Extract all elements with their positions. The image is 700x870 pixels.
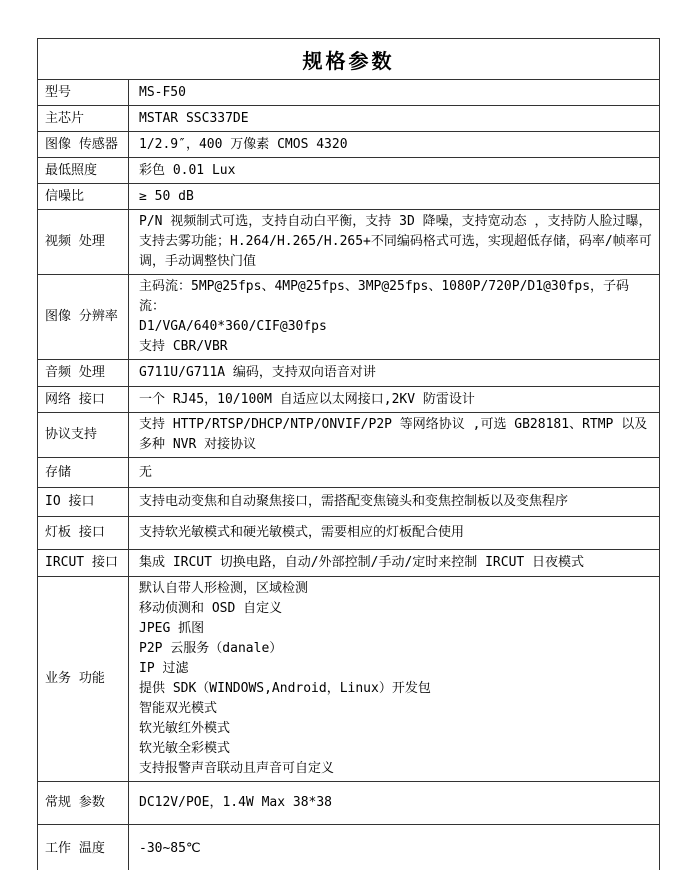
spec-value: 一个 RJ45，10/100M 自适应以太网接口,2KV 防雷设计 [129, 387, 659, 412]
spec-value: DC12V/POE，1.4W Max 38*38 [129, 782, 659, 824]
spec-row-snr: 信噪比 ≥ 50 dB [38, 183, 659, 209]
spec-value: 支持软光敏模式和硬光敏模式，需要相应的灯板配合使用 [129, 517, 659, 549]
page: 规格参数 型号 MS-F50 主芯片 MSTAR SSC337DE 图像 传感器… [0, 0, 700, 870]
spec-value: -30~85℃ [129, 825, 659, 870]
spec-value: 集成 IRCUT 切换电路，自动/外部控制/手动/定时来控制 IRCUT 日夜模… [129, 550, 659, 576]
spec-value: MSTAR SSC337DE [129, 106, 659, 131]
spec-label: 主芯片 [38, 106, 129, 131]
spec-label: 信噪比 [38, 184, 129, 209]
spec-row-min-illumination: 最低照度 彩色 0.01 Lux [38, 157, 659, 183]
spec-value: 支持 HTTP/RTSP/DHCP/NTP/ONVIF/P2P 等网络协议 ,可… [129, 413, 659, 457]
spec-label: 视频 处理 [38, 210, 129, 274]
spec-row-features: 业务 功能 默认自带人形检测，区域检测 移动侦测和 OSD 自定义 JPEG 抓… [38, 576, 659, 781]
spec-label: 网络 接口 [38, 387, 129, 412]
spec-value: 默认自带人形检测，区域检测 移动侦测和 OSD 自定义 JPEG 抓图 P2P … [129, 577, 659, 781]
spec-label: 协议支持 [38, 413, 129, 457]
spec-row-audio-processing: 音频 处理 G711U/G711A 编码，支持双向语音对讲 [38, 359, 659, 386]
spec-row-network-interface: 网络 接口 一个 RJ45，10/100M 自适应以太网接口,2KV 防雷设计 [38, 386, 659, 412]
spec-value: 1/2.9″，400 万像素 CMOS 4320 [129, 132, 659, 157]
spec-row-storage: 存储 无 [38, 457, 659, 487]
spec-value: P/N 视频制式可选，支持自动白平衡，支持 3D 降噪，支持宽动态 ，支持防人脸… [129, 210, 659, 274]
spec-table: 规格参数 型号 MS-F50 主芯片 MSTAR SSC337DE 图像 传感器… [37, 38, 660, 870]
spec-row-video-processing: 视频 处理 P/N 视频制式可选，支持自动白平衡，支持 3D 降噪，支持宽动态 … [38, 209, 659, 274]
table-title-row: 规格参数 [38, 39, 659, 79]
spec-label: 最低照度 [38, 158, 129, 183]
spec-row-main-chip: 主芯片 MSTAR SSC337DE [38, 105, 659, 131]
spec-label: 常规 参数 [38, 782, 129, 824]
spec-row-model: 型号 MS-F50 [38, 79, 659, 105]
spec-row-image-resolution: 图像 分辨率 主码流：5MP@25fps、4MP@25fps、3MP@25fps… [38, 274, 659, 359]
spec-row-image-sensor: 图像 传感器 1/2.9″，400 万像素 CMOS 4320 [38, 131, 659, 157]
spec-label: IRCUT 接口 [38, 550, 129, 576]
spec-row-io-interface: IO 接口 支持电动变焦和自动聚焦接口，需搭配变焦镜头和变焦控制板以及变焦程序 [38, 487, 659, 516]
spec-label: 音频 处理 [38, 360, 129, 386]
spec-value: 支持电动变焦和自动聚焦接口，需搭配变焦镜头和变焦控制板以及变焦程序 [129, 488, 659, 516]
spec-row-general-params: 常规 参数 DC12V/POE，1.4W Max 38*38 [38, 781, 659, 824]
spec-value: G711U/G711A 编码，支持双向语音对讲 [129, 360, 659, 386]
spec-label: 业务 功能 [38, 577, 129, 781]
spec-value: ≥ 50 dB [129, 184, 659, 209]
table-title: 规格参数 [303, 45, 395, 74]
spec-label: 图像 分辨率 [38, 275, 129, 359]
spec-label: 灯板 接口 [38, 517, 129, 549]
spec-value: 主码流：5MP@25fps、4MP@25fps、3MP@25fps、1080P/… [129, 275, 659, 359]
spec-label: 图像 传感器 [38, 132, 129, 157]
spec-value: MS-F50 [129, 80, 659, 105]
spec-label: IO 接口 [38, 488, 129, 516]
spec-label: 存储 [38, 458, 129, 487]
spec-row-ircut-interface: IRCUT 接口 集成 IRCUT 切换电路，自动/外部控制/手动/定时来控制 … [38, 549, 659, 576]
spec-row-working-temperature: 工作 温度 -30~85℃ [38, 824, 659, 870]
spec-label: 型号 [38, 80, 129, 105]
spec-value: 彩色 0.01 Lux [129, 158, 659, 183]
spec-row-led-board-interface: 灯板 接口 支持软光敏模式和硬光敏模式，需要相应的灯板配合使用 [38, 516, 659, 549]
spec-value: 无 [129, 458, 659, 487]
spec-row-protocol-support: 协议支持 支持 HTTP/RTSP/DHCP/NTP/ONVIF/P2P 等网络… [38, 412, 659, 457]
spec-label: 工作 温度 [38, 825, 129, 870]
